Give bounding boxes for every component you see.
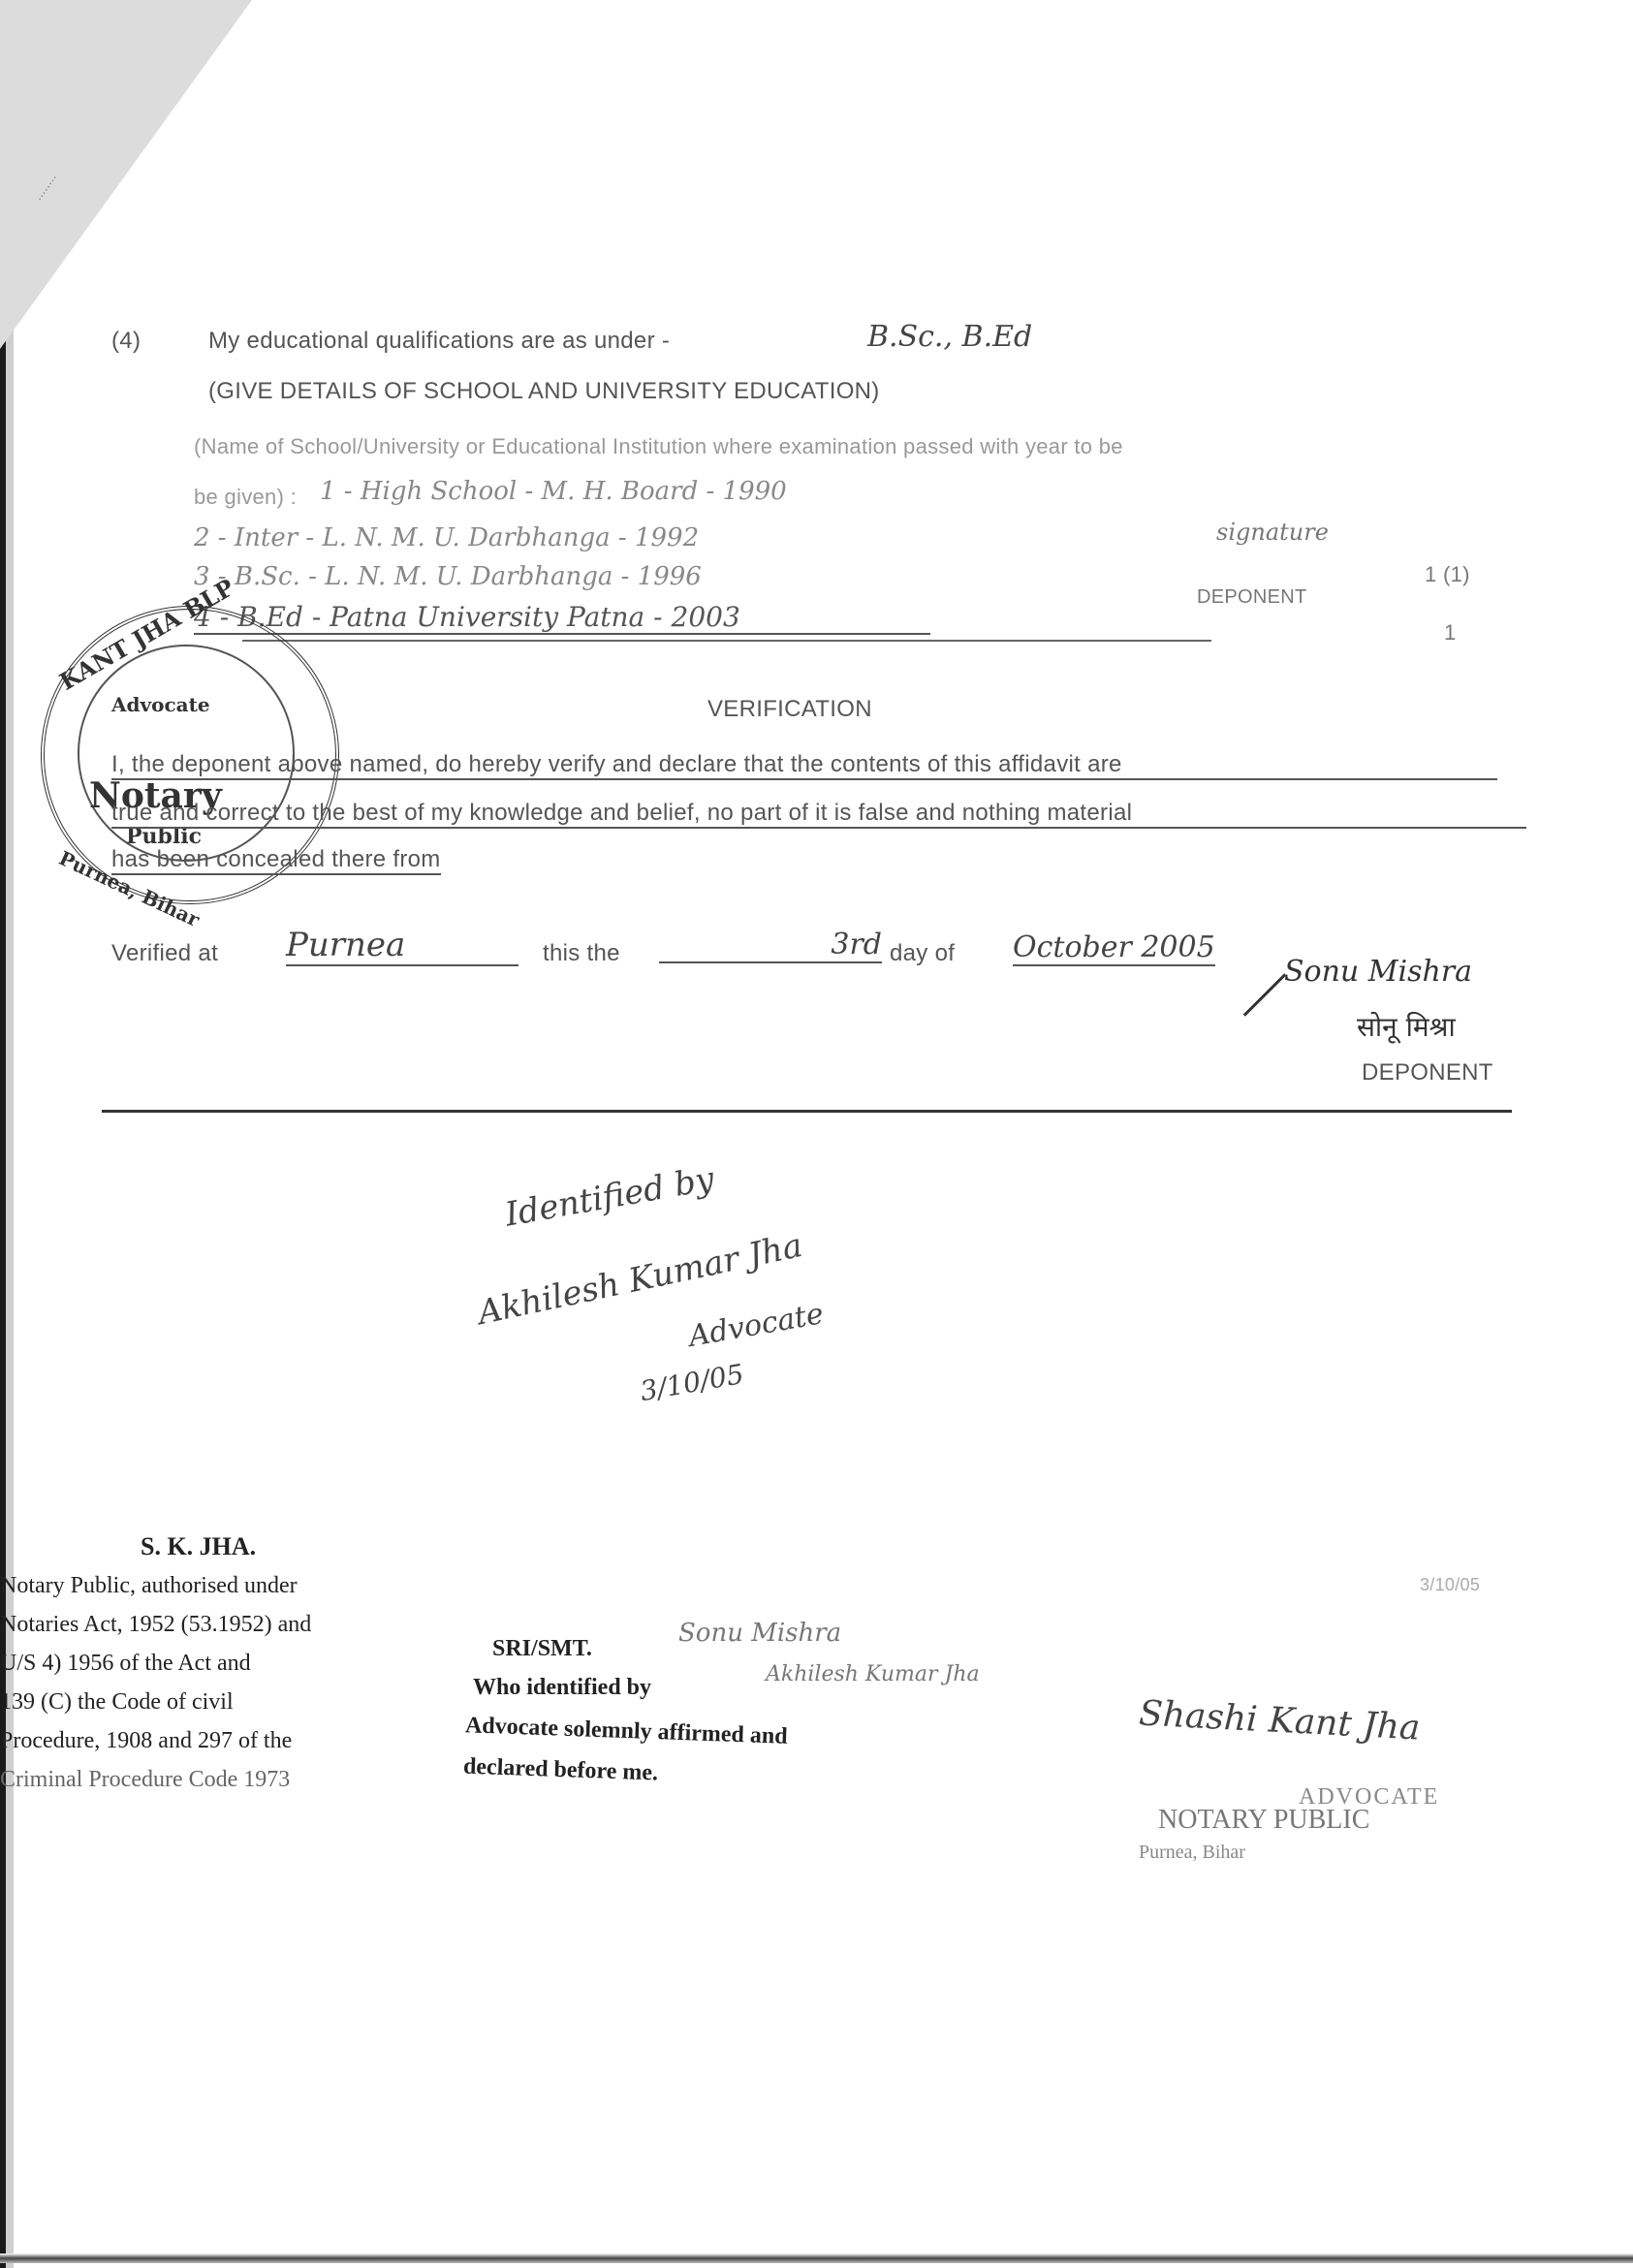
notary-seal-line: Notary Public, authorised under: [0, 1570, 446, 1601]
verified-month-year: October 2005: [1013, 930, 1215, 966]
verification-line-1: I, the deponent above named, do hereby v…: [111, 751, 1497, 780]
notary-public-title: NOTARY PUBLIC: [1158, 1805, 1369, 1836]
qualifications-instruction: (GIVE DETAILS OF SCHOOL AND UNIVERSITY E…: [208, 378, 880, 405]
verified-day: 3rd: [659, 928, 882, 963]
notary-seal-line: 139 (C) the Code of civil: [0, 1686, 446, 1717]
signature-stroke: [1243, 973, 1287, 1017]
side-mark: 1: [1444, 620, 1457, 646]
deponent-label: DEPONENT: [1362, 1059, 1493, 1087]
affirmation-line-4: declared before me.: [463, 1751, 659, 1789]
qualification-entry: 1 - High School - M. H. Board - 1990: [320, 477, 787, 506]
affirmation-line-1-prefix: SRI/SMT.: [492, 1633, 592, 1664]
affirmation-deponent-name: Sonu Mishra: [678, 1619, 841, 1648]
notary-seal-name: S. K. JHA.: [141, 1531, 256, 1562]
identified-by-line-3: Advocate: [686, 1297, 826, 1354]
identified-by-date: 3/10/05: [638, 1358, 746, 1407]
notary-signature: Shashi Kant Jha: [1138, 1693, 1421, 1748]
notary-seal-line: Criminal Procedure Code 1973: [0, 1764, 446, 1795]
folded-corner: [0, 0, 252, 349]
notary-seal-line: Notaries Act, 1952 (53.1952) and: [0, 1609, 446, 1640]
qualification-entry: 2 - Inter - L. N. M. U. Darbhanga - 1992: [194, 523, 699, 552]
day-of-label: day of: [890, 940, 955, 967]
qualifications-name-line-2: be given) :: [194, 485, 297, 510]
deponent-signature: Sonu Mishra: [1284, 955, 1472, 989]
page-divider: [102, 1110, 1512, 1113]
notary-seal-line: U/S 4) 1956 of the Act and: [0, 1648, 446, 1679]
this-the-label: this the: [543, 940, 620, 967]
notary-place: Purnea, Bihar: [1139, 1837, 1245, 1868]
qualification-entry: 3 - B.Sc. - L. N. M. U. Darbhanga - 1996: [194, 562, 702, 591]
deponent-label-top: DEPONENT: [1197, 586, 1307, 609]
scan-bottom-edge: [0, 2253, 1633, 2263]
section-divider: [242, 640, 1211, 642]
affirmation-line-2-prefix: Who identified by: [473, 1672, 651, 1703]
verified-at-label: Verified at: [111, 940, 218, 967]
stamp-advocate: Advocate: [111, 693, 210, 716]
qualification-entry: 4 - B.Ed - Patna University Patna - 2003: [194, 601, 930, 635]
affirmation-identifier-name: Akhilesh Kumar Jha: [766, 1662, 980, 1686]
notary-date-marks: 3/10/05: [1420, 1575, 1480, 1595]
side-mark: 1 (1): [1425, 562, 1470, 587]
qualifications-name-line-1: (Name of School/University or Educationa…: [194, 434, 1123, 459]
affirmation-line-3: Advocate solemnly affirmed and: [465, 1710, 789, 1752]
qualifications-summary-handwritten: B.Sc., B.Ed: [867, 320, 1032, 354]
verified-place: Purnea: [286, 926, 518, 966]
identified-by-line-1: Identified by: [502, 1159, 717, 1234]
verification-line-2: true and correct to the best of my knowl…: [111, 800, 1526, 829]
notary-seal-line: Procedure, 1908 and 297 of the: [0, 1725, 446, 1756]
section-number: (4): [111, 328, 141, 355]
scan-left-shadow: [6, 0, 14, 2268]
deponent-signature-small: signature: [1216, 519, 1329, 546]
verification-line-3: has been concealed there from: [111, 846, 441, 875]
verification-title: VERIFICATION: [707, 696, 872, 723]
deponent-signature-hindi: सोनू मिश्रा: [1357, 1008, 1456, 1045]
qualifications-intro: My educational qualifications are as und…: [208, 328, 670, 355]
